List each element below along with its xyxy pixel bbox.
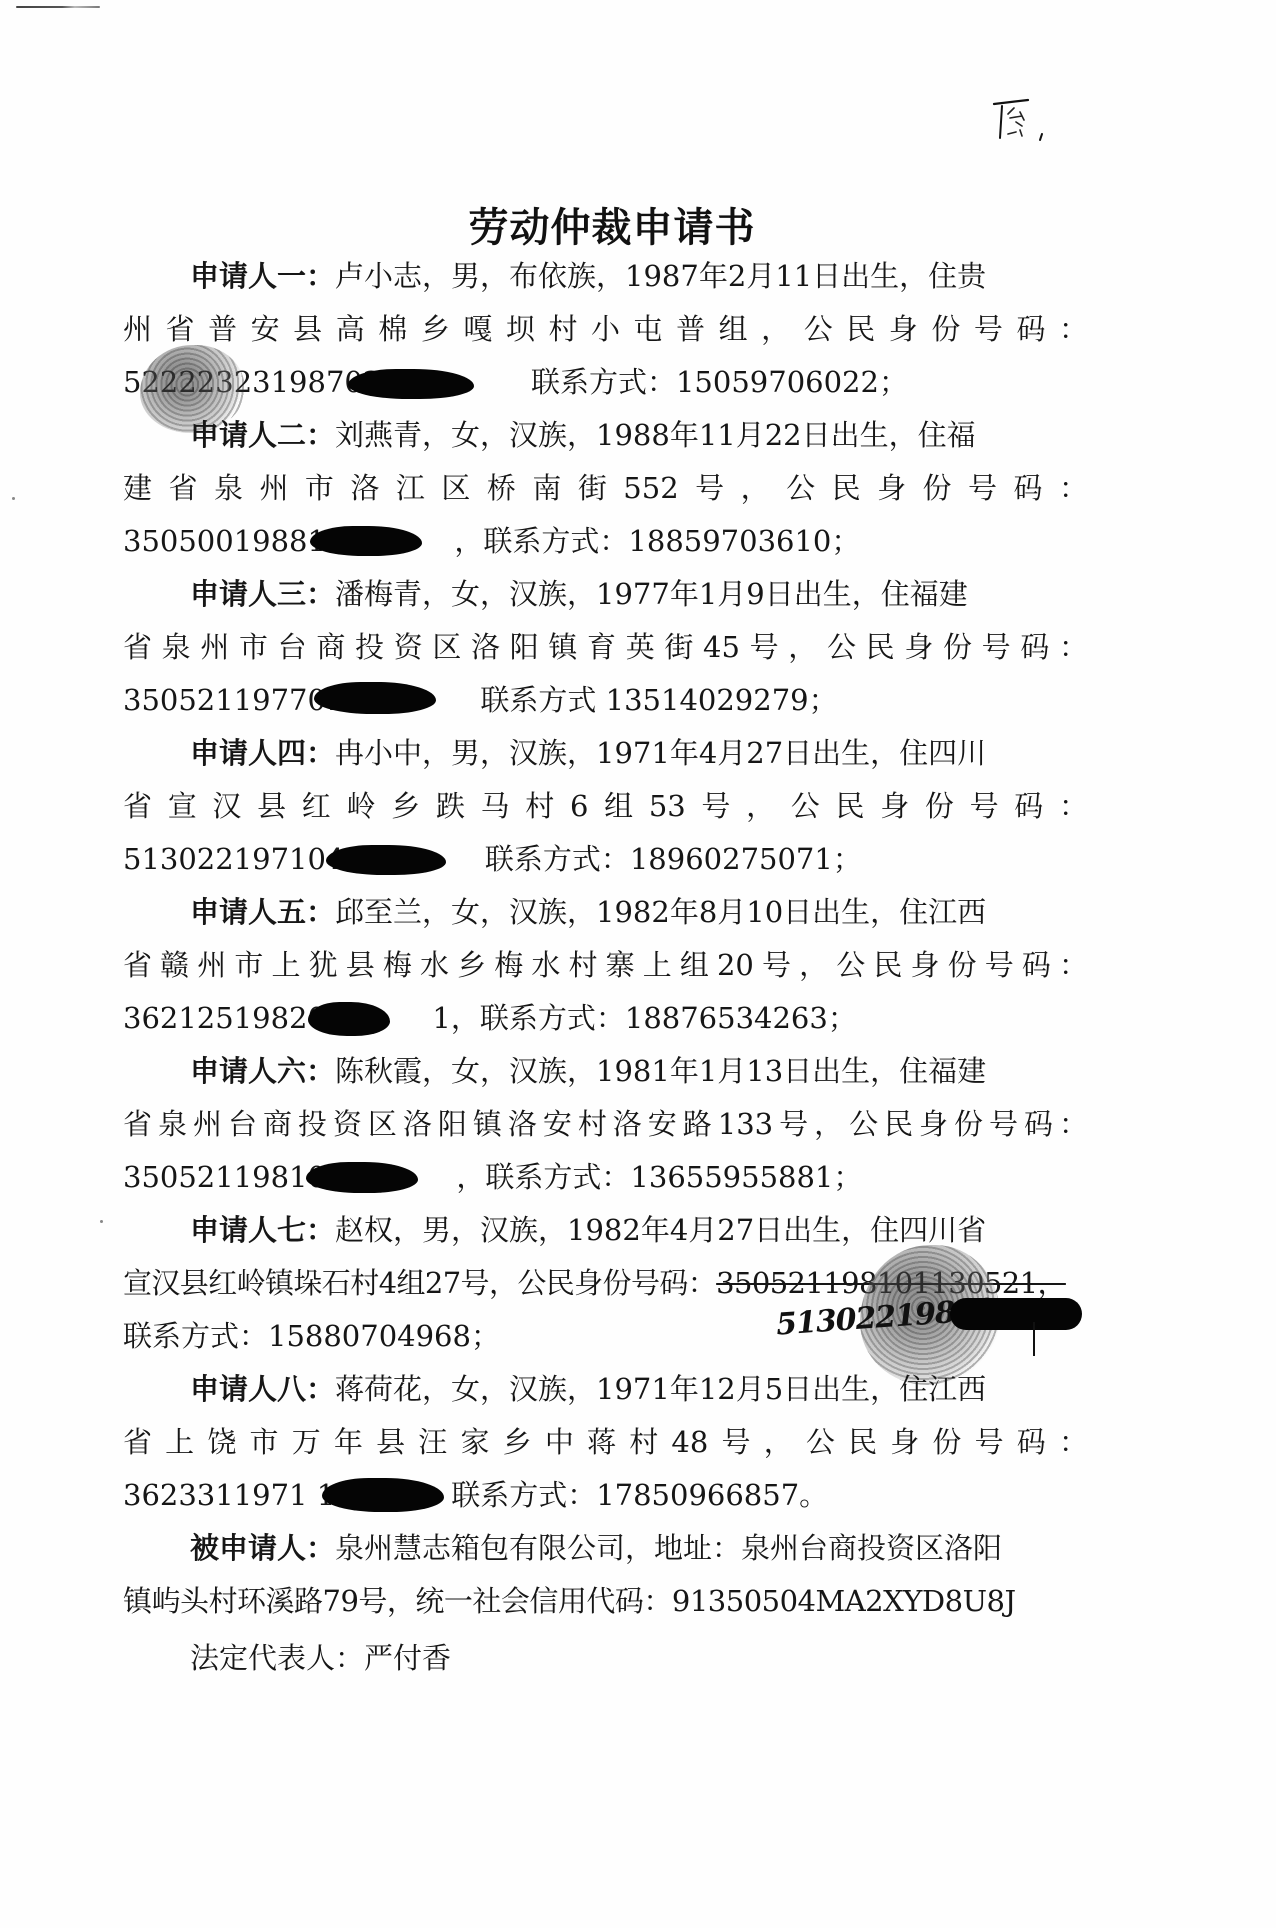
- applicant-2-line2: 建省泉州市洛江区桥南街552号，公民身份号码：: [123, 468, 1088, 508]
- id-tail: 1: [432, 1001, 450, 1035]
- applicant-info: 潘梅青，女，汉族，1977年1月9日出生，住福建: [335, 577, 968, 611]
- contact-info: ，联系方式：18876534263；: [451, 1001, 857, 1035]
- applicant-2-line1: 申请人二：刘燕青，女，汉族，1988年11月22日出生，住福: [190, 415, 1088, 455]
- scan-speck: [12, 497, 15, 500]
- applicant-info: 卢小志，男，布依族，1987年2月11日出生，住贵: [335, 259, 986, 293]
- scan-artifact-line: [16, 6, 100, 8]
- applicant-6-line1: 申请人六：陈秋霞，女，汉族，1981年1月13日出生，住福建: [190, 1051, 1088, 1091]
- applicant-info: 邱至兰，女，汉族，1982年8月10日出生，住江西: [335, 895, 986, 929]
- applicant-2-line3: 350500198811，联系方式：18859703610；: [123, 521, 1088, 561]
- contact-info: 联系方式 13514029279；: [480, 683, 837, 717]
- applicant-3-line2: 省泉州市台商投资区洛阳镇育英街45号，公民身份号码：: [123, 627, 1088, 667]
- redaction-blob: [306, 1162, 418, 1193]
- respondent-line1: 被申请人：泉州慧志箱包有限公司，地址：泉州台商投资区洛阳: [190, 1528, 1088, 1568]
- handwritten-mark: [992, 96, 1062, 146]
- applicant-3-line3: 350521197701联系方式 13514029279；: [123, 680, 1088, 720]
- applicant-7-line3: 联系方式：15880704968；: [123, 1316, 1088, 1356]
- redaction-blob: [308, 1002, 390, 1036]
- redaction-blob: [326, 845, 446, 875]
- legal-representative-line: 法定代表人：严付香: [190, 1638, 1088, 1678]
- applicant-8-line1: 申请人八：蒋荷花，女，汉族，1971年12月5日出生，住江西: [190, 1369, 1088, 1409]
- applicant-label: 申请人八：: [190, 1372, 335, 1406]
- applicant-1-line2: 州省普安县高棉乡嘎坝村小屯普组，公民身份号码：: [123, 309, 1088, 349]
- applicant-8-line3: 3623311971 1联系方式：17850966857。: [123, 1475, 1088, 1515]
- applicant-info: 冉小中，男，汉族，1971年4月27日出生，住四川: [335, 736, 986, 770]
- applicant-4-line2: 省宣汉县红岭乡跌马村6组53号，公民身份号码：: [123, 786, 1088, 826]
- respondent-info: 泉州慧志箱包有限公司，地址：泉州台商投资区洛阳: [335, 1531, 1002, 1565]
- redaction-blob: [322, 1478, 444, 1512]
- applicant-8-line2: 省上饶市万年县汪家乡中蒋村48号，公民身份号码：: [123, 1422, 1088, 1462]
- id-number: 350521197701: [123, 683, 344, 717]
- contact-info: 联系方式：15059706022；: [531, 365, 908, 399]
- applicant-5-line1: 申请人五：邱至兰，女，汉族，1982年8月10日出生，住江西: [190, 892, 1088, 932]
- contact-info: 联系方式：18960275071；: [485, 842, 862, 876]
- applicant-label: 申请人七：: [190, 1213, 335, 1247]
- applicant-5-line2: 省赣州市上犹县梅水乡梅水村寨上组20号，公民身份号码：: [123, 945, 1088, 985]
- applicant-5-line3: 3621251982081，联系方式：18876534263；: [123, 998, 1088, 1038]
- applicant-label: 申请人一：: [190, 259, 335, 293]
- applicant-6-line3: 350521198101，联系方式：13655955881；: [123, 1157, 1088, 1197]
- applicant-label: 申请人六：: [190, 1054, 335, 1088]
- contact-info: ，联系方式：18859703610；: [454, 524, 860, 558]
- applicant-label: 申请人四：: [190, 736, 335, 770]
- applicant-info: 陈秋霞，女，汉族，1981年1月13日出生，住福建: [335, 1054, 986, 1088]
- applicant-label: 申请人二：: [190, 418, 335, 452]
- redaction-blob: [310, 526, 422, 556]
- document-page: 劳动仲裁申请书 申请人一：卢小志，男，布依族，1987年2月11日出生，住贵 州…: [0, 0, 1276, 1928]
- applicant-info: 赵权，男，汉族，1982年4月27日出生，住四川省: [335, 1213, 986, 1247]
- legal-rep-name: 严付香: [364, 1641, 451, 1675]
- applicant-1-line3: 52222323198702 1联系方式：15059706022；: [123, 362, 1088, 402]
- contact-info: 联系方式：17850966857。: [451, 1478, 828, 1512]
- redaction-blob: [314, 682, 436, 714]
- applicant-3-line1: 申请人三：潘梅青，女，汉族，1977年1月9日出生，住福建: [190, 574, 1088, 614]
- applicant-label: 申请人三：: [190, 577, 335, 611]
- address: 宣汉县红岭镇垛石村4组27号，公民身份号码：: [123, 1266, 716, 1300]
- applicant-info: 刘燕青，女，汉族，1988年11月22日出生，住福: [335, 418, 976, 452]
- redaction-blob: [348, 369, 474, 399]
- applicant-7-line1: 申请人七：赵权，男，汉族，1982年4月27日出生，住四川省: [190, 1210, 1088, 1250]
- contact-info: ，联系方式：13655955881；: [456, 1160, 862, 1194]
- applicant-4-line1: 申请人四：冉小中，男，汉族，1971年4月27日出生，住四川: [190, 733, 1088, 773]
- legal-rep-label: 法定代表人：: [190, 1641, 364, 1675]
- applicant-4-line3: 5130221971042联系方式：18960275071；: [123, 839, 1088, 879]
- applicant-label: 申请人五：: [190, 895, 335, 929]
- applicant-6-line2: 省泉州台商投资区洛阳镇洛安村洛安路133号，公民身份号码：: [123, 1104, 1088, 1144]
- document-title: 劳动仲裁申请书: [0, 196, 1224, 253]
- applicant-info: 蒋荷花，女，汉族，1971年12月5日出生，住江西: [335, 1372, 986, 1406]
- respondent-label: 被申请人：: [190, 1531, 335, 1565]
- applicant-1-line1: 申请人一：卢小志，男，布依族，1987年2月11日出生，住贵: [190, 256, 1088, 296]
- id-number: 3623311971 1: [123, 1478, 335, 1512]
- respondent-line2: 镇屿头村环溪路79号，统一社会信用代码：91350504MA2XYD8U8J: [123, 1581, 1088, 1621]
- scan-speck: [100, 1220, 103, 1223]
